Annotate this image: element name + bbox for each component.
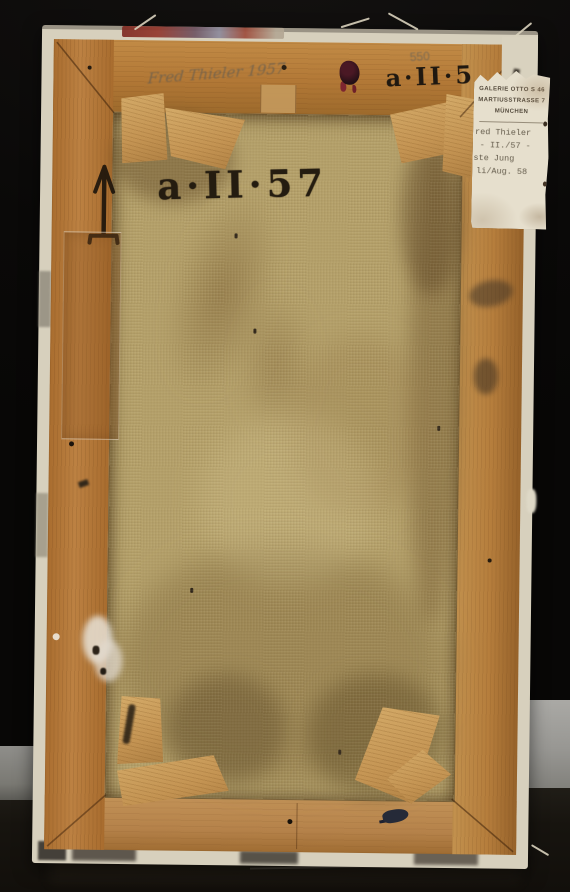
adhesive-tape xyxy=(61,231,122,440)
canvas-fringe xyxy=(526,489,536,513)
mitre-seams xyxy=(32,25,538,869)
paint-smudge-white xyxy=(53,633,60,640)
nail-hole xyxy=(88,66,92,70)
nail-hole xyxy=(69,441,74,446)
paint-speck-dark xyxy=(92,646,99,655)
nail-hole xyxy=(282,65,287,70)
nail-hole xyxy=(488,558,492,562)
nail-hole xyxy=(287,819,292,824)
stretcher-inscription: a·II·5 xyxy=(385,60,476,93)
frayed-thread xyxy=(388,12,419,30)
shelf-edge-right xyxy=(528,700,570,788)
label-stain xyxy=(471,70,551,230)
paint-blob-dark-red xyxy=(339,61,359,85)
frayed-thread xyxy=(341,17,370,28)
gallery-label: GALERIE OTTO S 46 MARTIUSSTRASSE 7 MÜNCH… xyxy=(471,70,551,230)
photo-stage: a·II·57 Fred Thieler 1957 550 a·II·5 xyxy=(0,0,570,892)
painting-verso: a·II·57 Fred Thieler 1957 550 a·II·5 xyxy=(32,25,538,869)
paint-speck-dark xyxy=(100,668,106,675)
